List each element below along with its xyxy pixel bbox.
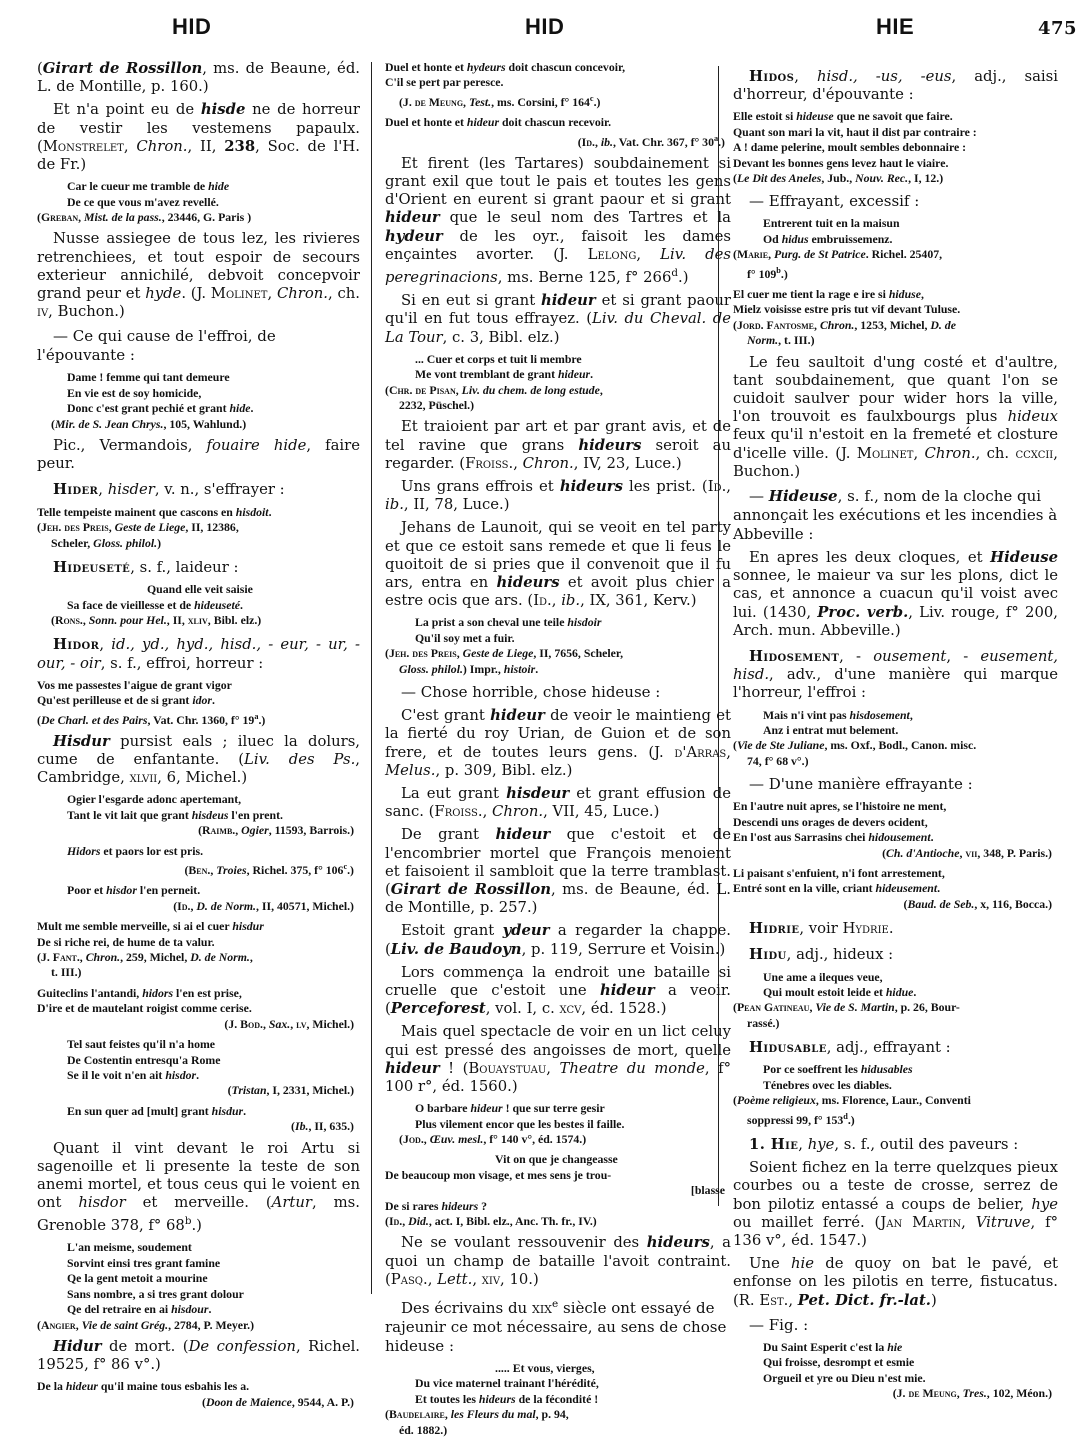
- quotation-line: De la hideur qu'il maine tous esbahis le…: [37, 1379, 360, 1394]
- quotation-line: (Vie de Ste Juliane, ms. Oxf., Bodl., Ca…: [733, 738, 1058, 753]
- quotation-line: (Jod., Œuv. mesl., f° 140 v°, éd. 1574.): [385, 1132, 731, 1147]
- quotation: Ogier l'esgarde adonc apertemant,Tant le…: [37, 792, 360, 838]
- headword: Hidu: [749, 946, 787, 963]
- quotation-line: Telle tempeiste mainent que cascons en h…: [37, 505, 360, 520]
- quotation: ..... Et vous, vierges,Du vice maternel …: [385, 1361, 731, 1438]
- quotation-line: (Pean Gatineau, Vie de S. Martin, p. 26,…: [733, 1000, 1058, 1015]
- example-paragraph: Ne se voulant ressouvenir des hideurs, a…: [385, 1234, 731, 1289]
- quotation-line: Orgueil et yre ou Dieu n'est mie.: [733, 1371, 1058, 1386]
- quotation-line: 74, f° 68 v°.): [733, 754, 1058, 769]
- quotation-line: (Jeh. des Preis, Geste de Liege, II, 765…: [385, 646, 731, 661]
- quotation: En l'autre nuit apres, se l'histoire ne …: [733, 799, 1058, 861]
- quotation: Duel et honte et hideur doit chascun rec…: [385, 115, 731, 150]
- example-paragraph: Si en eut si grant hideur et si grant pa…: [385, 292, 731, 347]
- example-paragraph: Lors commença la endroit une bataille si…: [385, 964, 731, 1019]
- sense-heading: — D'une manière effrayante :: [733, 775, 1058, 794]
- quotation: Guiteclins l'antandi, hidors l'en est pr…: [37, 986, 360, 1032]
- quotation-line: Vos me passestes l'aigue de grant vigor: [37, 678, 360, 693]
- quotation-line: Ténebres ovec les diables.: [733, 1078, 1058, 1093]
- example-paragraph: Soient fichez en la terre quelzques pieu…: [733, 1159, 1058, 1250]
- quotation-line: Plus vilement encor que les bestes il fa…: [385, 1117, 731, 1132]
- quotation-line: Elle estoit si hideuse que ne savoit que…: [733, 109, 1058, 124]
- quotation-line: C'il se pert par peresce.: [385, 75, 731, 90]
- quotation-line: A ! dame pelerine, moult sembles debonna…: [733, 140, 1058, 155]
- example-paragraph: C'est grant hideur de veoir le maintieng…: [385, 707, 731, 780]
- quotation: Mais n'i vint pas hisdosement,Anz i entr…: [733, 708, 1058, 770]
- quotation: Por ce soeffrent les hidusablesTénebres …: [733, 1062, 1058, 1128]
- quotation-line: Quand elle veit saisie: [37, 582, 360, 597]
- dictionary-entry: 1. Hie, hye, s. f., outil des paveurs :: [733, 1136, 1058, 1154]
- quotation-line: (J. Fant., Chron., 259, Michel, D. de No…: [37, 950, 360, 965]
- quotation-line: Norm., t. III.): [733, 333, 1058, 348]
- quotation-line: ... Cuer et corps et tuit li membre: [385, 352, 731, 367]
- quotation-line: Qui moult estoit leide et hidue.: [733, 985, 1058, 1000]
- sense-heading: — Hideuse, s. f., nom de la cloche qui a…: [733, 487, 1058, 544]
- quotation-line: Et toutes les hideurs de la fécondité !: [385, 1392, 731, 1407]
- example-paragraph: Nusse assiegee de tous lez, les rivieres…: [37, 230, 360, 321]
- headword: Hidos: [749, 68, 794, 85]
- quotation-line: (J. Bod., Sax., lv, Michel.): [37, 1017, 360, 1032]
- example-paragraph: Estoit grant ydeur a regarder la chappe.…: [385, 922, 731, 958]
- quotation-line: Dame ! femme qui tant demeure: [37, 370, 360, 385]
- quotation-line: [blasse: [385, 1183, 731, 1198]
- example-paragraph: Quant il vint devant le roi Artu si sage…: [37, 1140, 360, 1236]
- quotation-line: Duel et honte et hydeurs doit chascun co…: [385, 60, 731, 75]
- quotation: L'an meisme, soudementSorvint einsi tres…: [37, 1240, 360, 1332]
- quotation-line: (Ib., II, 635.): [37, 1119, 360, 1134]
- quotation: Du Saint Esperit c'est la hieQui froisse…: [733, 1340, 1058, 1402]
- example-paragraph: Uns grans effrois et hideurs les prist. …: [385, 478, 731, 514]
- dictionary-entry: Hidrie, voir Hydrie.: [733, 920, 1058, 938]
- quotation-line: Descendi uns orages de devers ocident,: [733, 815, 1058, 830]
- headword: Hidusable: [749, 1039, 827, 1056]
- sense-heading: — Effrayant, excessif :: [733, 192, 1058, 211]
- example-paragraph: En apres les deux cloques, et Hideuse so…: [733, 549, 1058, 640]
- quotation-line: Od hidus embruissemenz.: [733, 232, 1058, 247]
- example-paragraph: La eut grant hisdeur et grant effusion d…: [385, 785, 731, 821]
- headword: 1. Hie: [749, 1136, 798, 1153]
- example-paragraph: Une hie de quoy on bat le pavé, et enfon…: [733, 1255, 1058, 1310]
- quotation: Li paisant s'enfuient, n'i font arrestem…: [733, 866, 1058, 912]
- page-number: 475: [1038, 18, 1077, 39]
- headword: Hider: [53, 481, 98, 498]
- headword: Hidosement: [749, 648, 839, 665]
- quotation: Une ame a ileques veue,Qui moult estoit …: [733, 970, 1058, 1032]
- quotation: Entrerent tuit en la maisunOd hidus embr…: [733, 216, 1058, 282]
- quotation: Hidors et paors lor est pris.(Ben., Troi…: [37, 844, 360, 879]
- dictionary-entry: Hidusable, adj., effrayant :: [733, 1039, 1058, 1057]
- quotation-line: El cuer me tient la rage e ire si hiduse…: [733, 287, 1058, 302]
- quotation: El cuer me tient la rage e ire si hiduse…: [733, 287, 1058, 349]
- quotation-line: Une ame a ileques veue,: [733, 970, 1058, 985]
- sense-heading: — Ce qui cause de l'effroi, de l'épouvan…: [37, 327, 360, 365]
- column-rule: [371, 62, 372, 1294]
- quotation: Duel et honte et hydeurs doit chascun co…: [385, 60, 731, 110]
- quotation-line: Du vice maternel trainant l'hérédité,: [385, 1376, 731, 1391]
- quotation-line: De Costentin entresqu'a Rome: [37, 1053, 360, 1068]
- quotation-line: Anz i entrat mut belement.: [733, 723, 1058, 738]
- example-paragraph: Et firent (les Tartares) soubdainement s…: [385, 155, 731, 287]
- quotation-line: En l'ost aus Sarrasins chei hidousement.: [733, 830, 1058, 845]
- quotation-line: (Jord. Fantosme, Chron., 1253, Michel, D…: [733, 318, 1058, 333]
- quotation-line: Guiteclins l'antandi, hidors l'en est pr…: [37, 986, 360, 1001]
- example-paragraph: Et n'a point eu de hisde ne de horreur d…: [37, 101, 360, 174]
- quotation: Elle estoit si hideuse que ne savoit que…: [733, 109, 1058, 186]
- quotation-line: Vit on que je changeasse: [385, 1152, 731, 1167]
- quotation-line: (Baud. de Seb., x, 116, Bocca.): [733, 897, 1058, 912]
- example-paragraph: Jehans de Launoit, qui se veoit en tel p…: [385, 519, 731, 610]
- quotation-line: Qu'il soy met a fuir.: [385, 631, 731, 646]
- quotation-line: Devant les bonnes gens levez haut le via…: [733, 156, 1058, 171]
- quotation-line: (Chr. de Pisan, Liv. du chem. de long es…: [385, 383, 731, 398]
- quotation-line: (Doon de Maience, 9544, A. P.): [37, 1395, 360, 1410]
- quotation-line: (Id., ib., Vat. Chr. 367, f° 30a.): [385, 131, 731, 150]
- example-paragraph: Et traioient par art et par grant avis, …: [385, 418, 731, 473]
- column-left: (Girart de Rossillon, ms. de Beaune, éd.…: [37, 60, 360, 1415]
- quotation-line: Donc c'est grant pechié et grant hide.: [37, 401, 360, 416]
- quotation-line: (Baudelaire, les Fleurs du mal, p. 94,: [385, 1407, 731, 1422]
- quotation-line: Entré sont en la ville, criant hideuseme…: [733, 881, 1058, 896]
- quotation: Vit on que je changeasseDe beaucoup mon …: [385, 1152, 731, 1229]
- quotation-line: Qu'est perilleuse et de si grant idor.: [37, 693, 360, 708]
- running-head-right: HIE: [876, 14, 914, 40]
- quotation-line: ..... Et vous, vierges,: [385, 1361, 731, 1376]
- quotation-line: Me vont tremblant de grant hideur.: [385, 367, 731, 382]
- quotation-line: (Raimb., Ogier, 11593, Barrois.): [37, 823, 360, 838]
- example-paragraph: Le feu saultoit d'ung costé et d'aultre,…: [733, 354, 1058, 481]
- column-right: Hidos, hisd., -us, -eus, adj., saisi d'h…: [733, 60, 1058, 1406]
- quotation-line: 2232, Püschel.): [385, 398, 731, 413]
- dictionary-entry: Hidos, hisd., -us, -eus, adj., saisi d'h…: [733, 68, 1058, 104]
- quotation-line: En vie est de soy homicide,: [37, 386, 360, 401]
- quotation-line: soppressi 99, f° 153d.): [733, 1109, 1058, 1128]
- dictionary-entry: Hidor, id., yd., hyd., hisd., - eur, - u…: [37, 636, 360, 672]
- quotation-line: (J. de Meung, Test., ms. Corsini, f° 164…: [385, 91, 731, 110]
- quotation-line: De ce que vous m'avez revellé.: [37, 195, 360, 210]
- quotation-line: (Marie, Purg. de St Patrice. Richel. 254…: [733, 247, 1058, 262]
- quotation-line: Li paisant s'enfuient, n'i font arrestem…: [733, 866, 1058, 881]
- quotation-line: Entrerent tuit en la maisun: [733, 216, 1058, 231]
- quotation-line: Sans nombre, a si tres grant dolour: [37, 1287, 360, 1302]
- example-paragraph: Hisdur pursist eals ; iluec la dolurs, c…: [37, 733, 360, 788]
- quotation-line: La prist a son cheval une teile hisdoir: [385, 615, 731, 630]
- dictionary-entry: Hidu, adj., hideux :: [733, 946, 1058, 964]
- quotation-line: De si rares hideurs ?: [385, 1199, 731, 1214]
- quotation-line: (Rons., Sonn. pour Hel., II, xliv, Bibl.…: [37, 613, 360, 628]
- quotation: Mult me semble merveille, si ai el cuer …: [37, 919, 360, 981]
- quotation-line: (Mir. de S. Jean Chrys., 105, Wahlund.): [37, 417, 360, 432]
- quotation: Quand elle veit saisieSa face de vieille…: [37, 582, 360, 628]
- quotation-line: (Tristan, I, 2331, Michel.): [37, 1083, 360, 1098]
- quotation-line: O barbare hideur ! que sur terre gesir: [385, 1101, 731, 1116]
- quotation: Car le cueur me tramble de hideDe ce que…: [37, 179, 360, 225]
- running-head-left: HID: [172, 14, 211, 40]
- quotation-line: En l'autre nuit apres, se l'histoire ne …: [733, 799, 1058, 814]
- quotation-line: Car le cueur me tramble de hide: [37, 179, 360, 194]
- quotation: Dame ! femme qui tant demeureEn vie est …: [37, 370, 360, 432]
- quotation-line: (Id., Did., act. I, Bibl. elz., Anc. Th.…: [385, 1214, 731, 1229]
- quotation: O barbare hideur ! que sur terre gesirPl…: [385, 1101, 731, 1147]
- example-paragraph: Pic., Vermandois, fouaire hide, faire pe…: [37, 437, 360, 473]
- running-head-middle: HID: [525, 14, 564, 40]
- quotation-line: Hidors et paors lor est pris.: [37, 844, 360, 859]
- quotation-line: Mais n'i vint pas hisdosement,: [733, 708, 1058, 723]
- quotation-line: Scheler, Gloss. philol.): [37, 536, 360, 551]
- quotation-line: (Ch. d'Antioche, vii, 348, P. Paris.): [733, 846, 1058, 861]
- quotation: De la hideur qu'il maine tous esbahis le…: [37, 1379, 360, 1410]
- column-middle: Duel et honte et hydeurs doit chascun co…: [385, 60, 731, 1440]
- headword: Hideuseté: [53, 559, 130, 576]
- quotation-line: Mult me semble merveille, si ai el cuer …: [37, 919, 360, 934]
- quotation-line: rassé.): [733, 1016, 1058, 1031]
- quotation-line: Duel et honte et hideur doit chascun rec…: [385, 115, 731, 130]
- quotation-line: f° 109b.): [733, 263, 1058, 282]
- quotation-line: (Angier, Vie de saint Grég., 2784, P. Me…: [37, 1318, 360, 1333]
- quotation: Tel saut feistes qu'il n'a homeDe Costen…: [37, 1037, 360, 1099]
- quotation-line: Qui froisse, desrompt et esmie: [733, 1355, 1058, 1370]
- sense-heading: — Fig. :: [733, 1316, 1058, 1335]
- quotation: Telle tempeiste mainent que cascons en h…: [37, 505, 360, 551]
- quotation-line: Qe la gent metoit a mourine: [37, 1271, 360, 1286]
- quotation-line: En sun quer ad [mult] grant hisdur.: [37, 1104, 360, 1119]
- quotation-line: Ogier l'esgarde adonc apertemant,: [37, 792, 360, 807]
- headword: Hidrie: [749, 920, 799, 937]
- example-paragraph: De grant hideur que c'estoit et de l'enc…: [385, 826, 731, 917]
- quotation-line: Sa face de vieillesse et de hideuseté.: [37, 598, 360, 613]
- sense-heading: — Chose horrible, chose hideuse :: [385, 683, 731, 702]
- quotation-line: (Jeh. des Preis, Geste de Liege, II, 123…: [37, 520, 360, 535]
- quotation-line: L'an meisme, soudement: [37, 1240, 360, 1255]
- quotation-line: (De Charl. et des Pairs, Vat. Chr. 1360,…: [37, 709, 360, 728]
- quotation: Poor et hisdor l'en perneit.(Id., D. de …: [37, 883, 360, 914]
- headword: Hidor: [53, 636, 99, 653]
- quotation-line: Quant son mari la vit, haut il dist par …: [733, 125, 1058, 140]
- quotation-line: (Ben., Troies, Richel. 375, f° 106c.): [37, 859, 360, 878]
- quotation-line: Tant le vit lait que grant hisdeus l'en …: [37, 808, 360, 823]
- sense-heading: Des écrivains du xixe siècle ont essayé …: [385, 1295, 731, 1356]
- quotation: ... Cuer et corps et tuit li membreMe vo…: [385, 352, 731, 414]
- example-paragraph: (Girart de Rossillon, ms. de Beaune, éd.…: [37, 60, 360, 96]
- dictionary-entry: Hidosement, - ousement, - eusement, hisd…: [733, 648, 1058, 703]
- quotation-line: Qe del retraire en ai hisdour.: [37, 1302, 360, 1317]
- quotation-line: t. III.): [37, 965, 360, 980]
- quotation-line: D'ire et de mautelant roigist comme ceri…: [37, 1001, 360, 1016]
- quotation-line: Gloss. philol.) Impr., histoir.: [385, 662, 731, 677]
- example-paragraph: Mais quel spectacle de voir en un lict c…: [385, 1023, 731, 1096]
- quotation-line: De si riche rei, de hume de ta valur.: [37, 935, 360, 950]
- quotation-line: Por ce soeffrent les hidusables: [733, 1062, 1058, 1077]
- example-paragraph: Hidur de mort. (De confession, Richel. 1…: [37, 1338, 360, 1374]
- dictionary-entry: Hideuseté, s. f., laideur :: [37, 559, 360, 577]
- quotation-line: Mielz voisisse estre pris tut vif devant…: [733, 302, 1058, 317]
- quotation-line: éd. 1882.): [385, 1423, 731, 1438]
- quotation-line: Poor et hisdor l'en perneit.: [37, 883, 360, 898]
- quotation-line: Se il le voit n'en ait hisdor.: [37, 1068, 360, 1083]
- quotation: En sun quer ad [mult] grant hisdur.(Ib.,…: [37, 1104, 360, 1135]
- quotation-line: De beaucoup mon visage, et mes sens je t…: [385, 1168, 731, 1183]
- quotation-line: Sorvint einsi tres grant famine: [37, 1256, 360, 1271]
- quotation-line: (Id., D. de Norm., II, 40571, Michel.): [37, 899, 360, 914]
- quotation: La prist a son cheval une teile hisdoirQ…: [385, 615, 731, 677]
- quotation-line: (Greban, Mist. de la pass., 23446, G. Pa…: [37, 210, 360, 225]
- quotation: Vos me passestes l'aigue de grant vigorQ…: [37, 678, 360, 728]
- quotation-line: (J. de Meung, Tres., 102, Méon.): [733, 1386, 1058, 1401]
- quotation-line: Tel saut feistes qu'il n'a home: [37, 1037, 360, 1052]
- dictionary-entry: Hider, hisder, v. n., s'effrayer :: [37, 481, 360, 499]
- quotation-line: (Poème religieux, ms. Florence, Laur., C…: [733, 1093, 1058, 1108]
- quotation-line: Du Saint Esperit c'est la hie: [733, 1340, 1058, 1355]
- quotation-line: (Le Dit des Aneles, Jub., Nouv. Rec., I,…: [733, 171, 1058, 186]
